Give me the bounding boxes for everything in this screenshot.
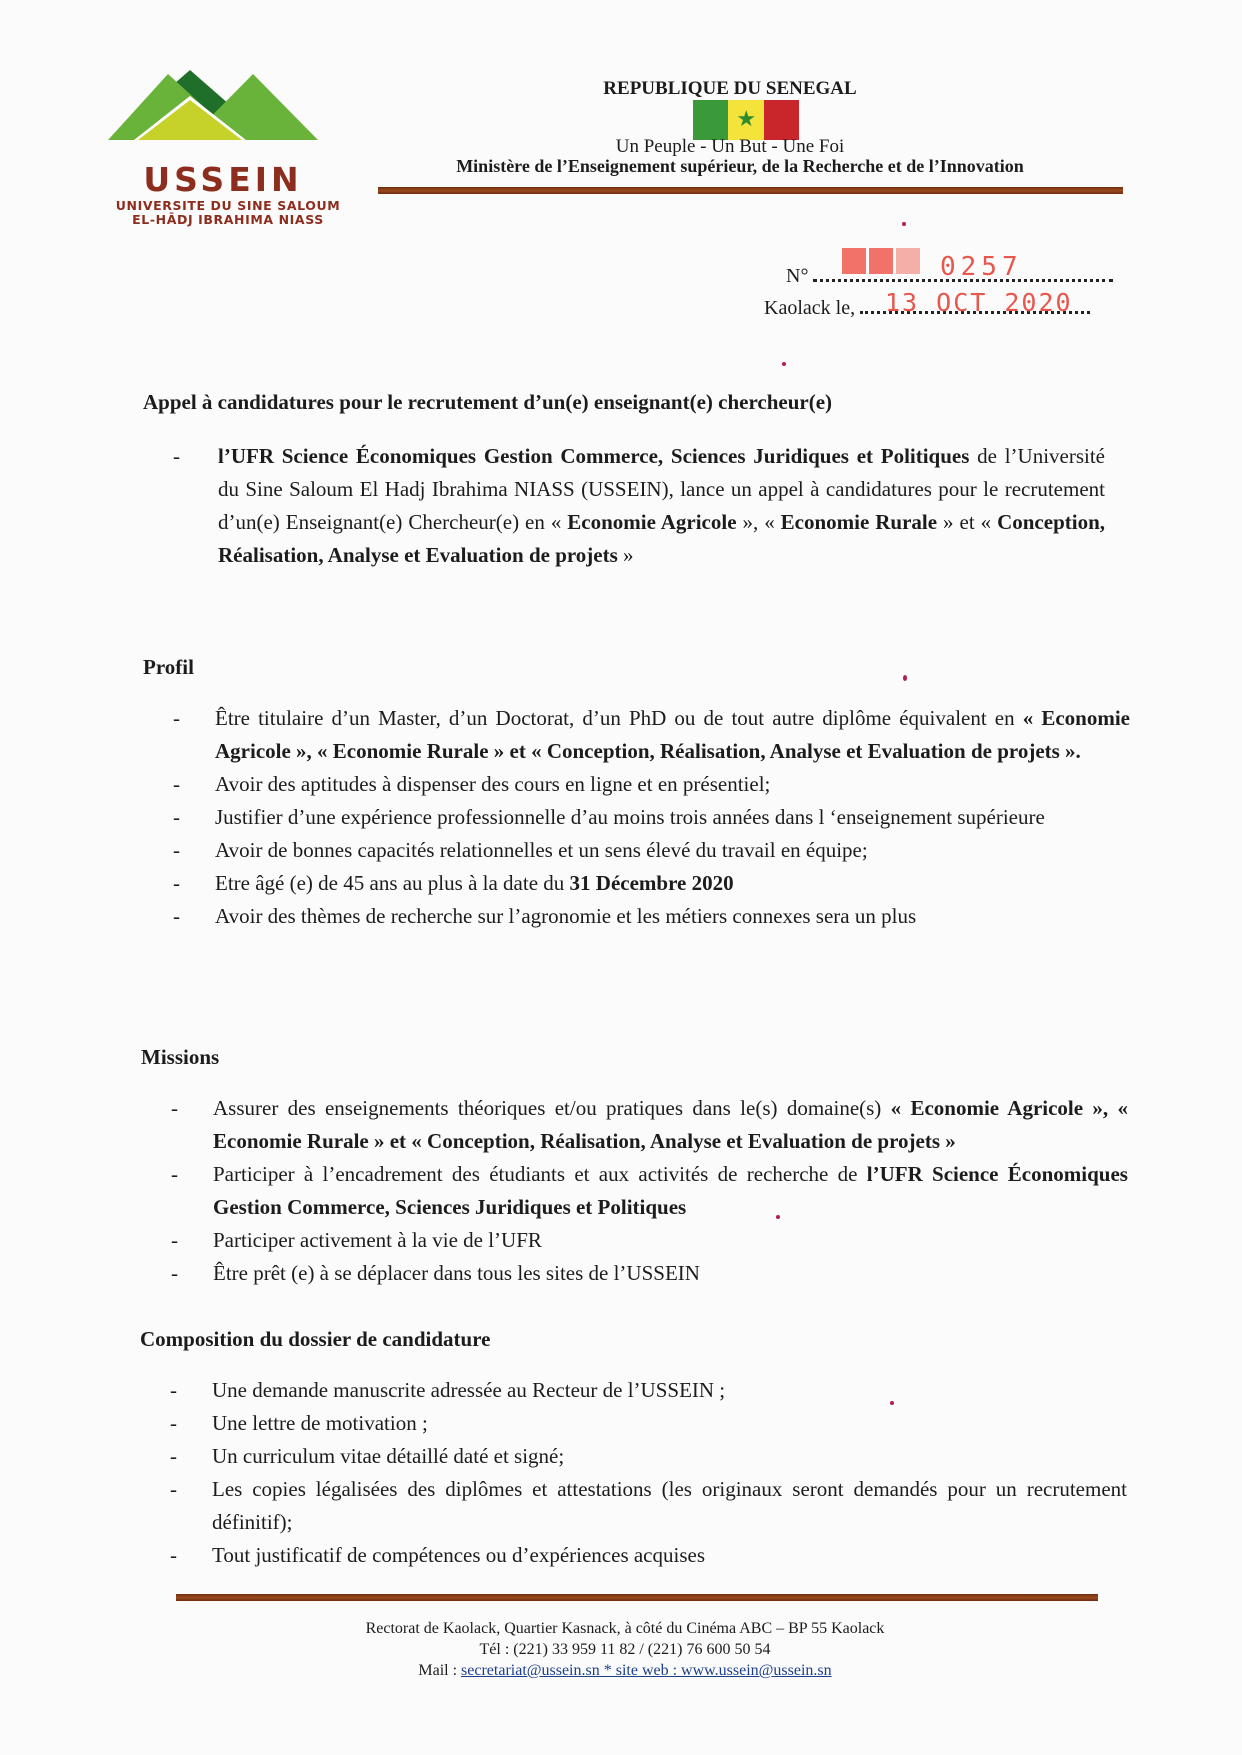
dossier-item: -Tout justificatif de compétences ou d’e… [140,1539,1127,1572]
missions-heading: Missions [141,1045,219,1070]
stamp-marks [842,248,923,281]
number-stamp: 0257 [940,252,1023,282]
country-name: REPUBLIQUE DU SENEGAL [540,78,920,100]
footer-mail-link[interactable]: secretariat@ussein.sn * site web : www.u… [461,1662,832,1679]
footer-address: Rectorat de Kaolack, Quartier Kasnack, à… [240,1618,1010,1639]
footer: Rectorat de Kaolack, Quartier Kasnack, à… [240,1618,1010,1681]
profil-item: -Avoir des thèmes de recherche sur l’agr… [143,900,1130,933]
dossier-item: -Une lettre de motivation ; [140,1407,1127,1440]
missions-item: -Participer à l’encadrement des étudiant… [141,1158,1128,1224]
national-motto: Un Peuple - Un But - Une Foi [500,136,960,158]
dossier-list: -Une demande manuscrite adressée au Rect… [140,1374,1127,1572]
mountains-icon [108,70,348,160]
senegal-flag-icon: ★ [693,100,799,140]
intro-ufr-name: l’UFR Science Économiques Gestion Commer… [218,444,969,468]
profil-item: -Etre âgé (e) de 45 ans au plus à la dat… [143,867,1130,900]
header-divider [378,187,1123,194]
dossier-item: -Une demande manuscrite adressée au Rect… [140,1374,1127,1407]
footer-mail: Mail : secretariat@ussein.sn * site web … [240,1660,1010,1681]
profil-list: -Être titulaire d’un Master, d’un Doctor… [143,702,1130,933]
scan-speck [782,362,786,366]
dossier-item: -Un curriculum vitae détaillé daté et si… [140,1440,1127,1473]
intro-paragraph: - l’UFR Science Économiques Gestion Comm… [143,440,1105,572]
scan-speck [776,1215,780,1219]
ministry-name: Ministère de l’Enseignement supérieur, d… [395,156,1085,177]
scan-speck [903,675,907,681]
scan-speck [902,222,906,226]
ussein-logo: USSEIN UNIVERSITE DU SINE SALOUM EL-HĀDJ… [108,70,348,220]
profil-item: -Justifier d’une expérience professionne… [143,801,1130,834]
document-title: Appel à candidatures pour le recrutement… [143,390,832,415]
missions-item: -Assurer des enseignements théoriques et… [141,1092,1128,1158]
star-icon: ★ [736,106,756,132]
missions-list: -Assurer des enseignements théoriques et… [141,1092,1128,1290]
logo-subtitle-1: UNIVERSITE DU SINE SALOUM [108,198,348,213]
dossier-heading: Composition du dossier de candidature [140,1327,490,1352]
footer-phone: Tél : (221) 33 959 11 82 / (221) 76 600 … [240,1639,1010,1660]
dossier-item: -Les copies légalisées des diplômes et a… [140,1473,1127,1539]
profil-item: -Avoir de bonnes capacités relationnelle… [143,834,1130,867]
profil-item: -Avoir des aptitudes à dispenser des cou… [143,768,1130,801]
profil-heading: Profil [143,655,194,680]
profil-item: -Être titulaire d’un Master, d’un Doctor… [143,702,1130,768]
missions-item: -Participer activement à la vie de l’UFR [141,1224,1128,1257]
logo-wordmark: USSEIN [108,160,338,199]
missions-item: -Être prêt (e) à se déplacer dans tous l… [141,1257,1128,1290]
scan-speck [890,1401,894,1405]
number-label: N° [786,265,808,287]
footer-divider [176,1594,1098,1601]
date-stamp: 13 OCT 2020 [885,288,1073,317]
logo-subtitle-2: EL-HĀDJ IBRAHIMA NIASS [108,212,348,227]
place-label: Kaolack le, [764,297,855,319]
